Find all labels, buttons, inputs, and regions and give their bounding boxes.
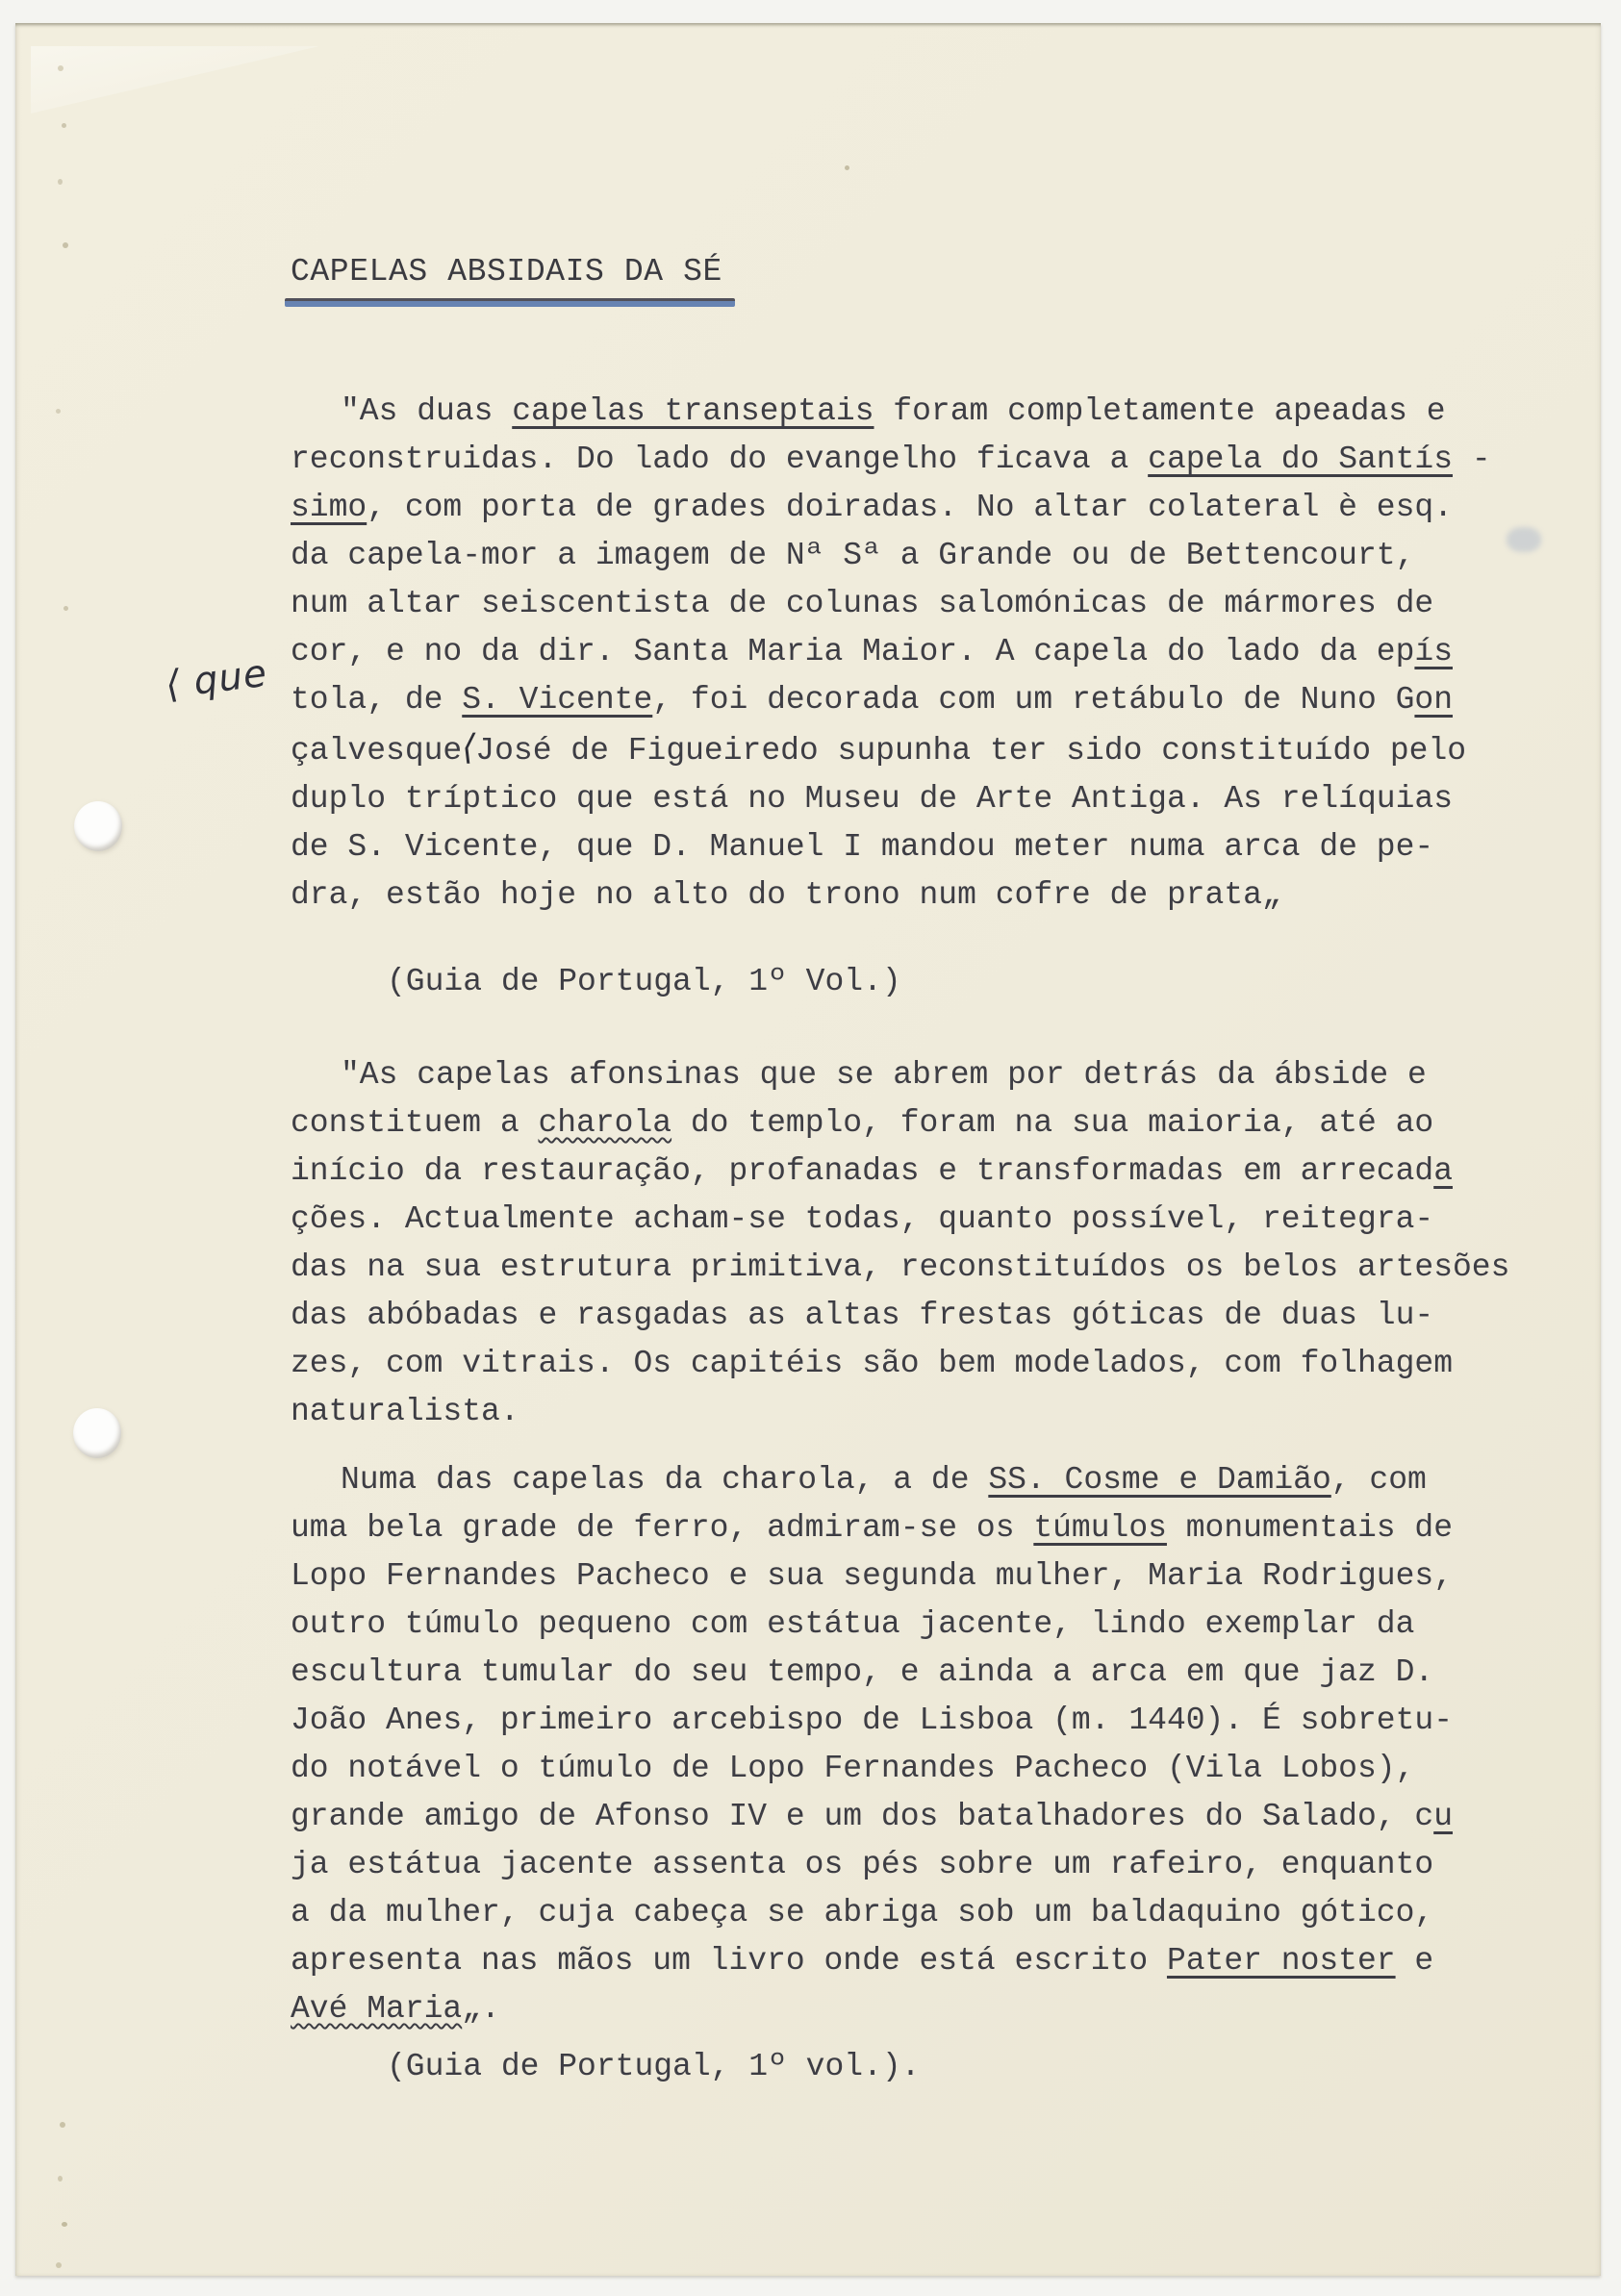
text-segment: a da mulher, cuja cabeça se abriga sob u… bbox=[291, 1895, 1433, 1930]
text-line: a da mulher, cuja cabeça se abriga sob u… bbox=[291, 1889, 1551, 1937]
text-line: zes, com vitrais. Os capitéis são bem mo… bbox=[291, 1340, 1551, 1388]
text-line: início da restauração, profanadas e tran… bbox=[291, 1148, 1551, 1196]
punch-hole-top bbox=[74, 801, 122, 851]
text-line: ja estátua jacente assenta os pés sobre … bbox=[291, 1841, 1551, 1889]
text-line: Lopo Fernandes Pacheco e sua segunda mul… bbox=[291, 1552, 1551, 1601]
text-line: escultura tumular do seu tempo, e ainda … bbox=[291, 1649, 1551, 1697]
text-segment: ções. Actualmente acham-se todas, quanto… bbox=[291, 1201, 1433, 1237]
paper-speck bbox=[63, 606, 68, 611]
text-segment: dra, estão hoje no alto do trono num cof… bbox=[291, 877, 1281, 913]
text-line: da capela-mor a imagem de Nª Sª a Grande… bbox=[291, 532, 1551, 580]
text-segment: ís bbox=[1414, 634, 1453, 669]
text-segment: do templo, foram na sua maioria, até ao bbox=[671, 1105, 1433, 1141]
text-segment: cor, e no da dir. Santa Maria Maior. A c… bbox=[291, 634, 1414, 669]
text-segment: a bbox=[1433, 1153, 1453, 1189]
paper-crease bbox=[31, 46, 319, 114]
text-line: grande amigo de Afonso IV e um dos batal… bbox=[291, 1793, 1551, 1841]
text-segment: S. Vicente bbox=[462, 682, 652, 718]
text-line: João Anes, primeiro arcebispo de Lisboa … bbox=[291, 1697, 1551, 1745]
text-segment: ″As duas bbox=[341, 393, 512, 429]
text-line: das abóbadas e rasgadas as altas frestas… bbox=[291, 1292, 1551, 1340]
text-segment: monumentais de bbox=[1167, 1510, 1453, 1546]
handwritten-insert: ⟨ bbox=[462, 728, 475, 768]
text-line: apresenta nas mãos um livro onde está es… bbox=[291, 1937, 1551, 1985]
text-segment: on bbox=[1414, 682, 1453, 718]
text-line: de S. Vicente, que D. Manuel I mandou me… bbox=[291, 823, 1551, 871]
text-segment: de S. Vicente, que D. Manuel I mandou me… bbox=[291, 829, 1433, 865]
text-line: naturalista. bbox=[291, 1388, 1551, 1436]
paper-speck bbox=[60, 2122, 65, 2128]
text-segment: capelas transeptais bbox=[512, 393, 874, 429]
text-line: dra, estão hoje no alto do trono num cof… bbox=[291, 871, 1551, 920]
text-segment: uma bela grade de ferro, admiram-se os bbox=[291, 1510, 1033, 1546]
text-segment: SS. Cosme e Damião bbox=[988, 1462, 1330, 1498]
text-segment: naturalista. bbox=[291, 1394, 519, 1429]
paper-speck bbox=[56, 2262, 62, 2268]
text-segment: reconstruidas. Do lado do evangelho fica… bbox=[291, 442, 1148, 477]
text-line: simo, com porta de grades doiradas. No a… bbox=[291, 484, 1551, 532]
text-segment: duplo tríptico que está no Museu de Arte… bbox=[291, 781, 1453, 817]
text-segment: outro túmulo pequeno com estátua jacente… bbox=[291, 1606, 1414, 1642]
text-segment: foram completamente apeadas e bbox=[874, 393, 1446, 429]
text-segment: Lopo Fernandes Pacheco e sua segunda mul… bbox=[291, 1558, 1453, 1594]
document-content: CAPELAS ABSIDAIS DA SÉ ″As duas capelas … bbox=[291, 248, 1551, 2136]
paper-speck bbox=[58, 179, 63, 185]
text-segment: Pater noster bbox=[1167, 1943, 1396, 1979]
paragraph: ″As duas capelas transeptais foram compl… bbox=[291, 388, 1551, 920]
text-line: outro túmulo pequeno com estátua jacente… bbox=[291, 1601, 1551, 1649]
text-segment: João Anes, primeiro arcebispo de Lisboa … bbox=[291, 1703, 1453, 1738]
text-line: Numa das capelas da charola, a de SS. Co… bbox=[291, 1456, 1551, 1504]
text-segment: capela do Santís bbox=[1148, 442, 1453, 477]
paragraph: Numa das capelas da charola, a de SS. Co… bbox=[291, 1456, 1551, 2033]
title-underline bbox=[285, 298, 735, 307]
text-segment: escultura tumular do seu tempo, e ainda … bbox=[291, 1654, 1433, 1690]
text-segment: constituem a bbox=[291, 1105, 538, 1141]
document-body: ″As duas capelas transeptais foram compl… bbox=[291, 388, 1551, 2091]
text-segment: ″As capelas afonsinas que se abrem por d… bbox=[341, 1057, 1427, 1093]
title-block: CAPELAS ABSIDAIS DA SÉ bbox=[291, 248, 1551, 307]
text-segment: e bbox=[1396, 1943, 1434, 1979]
text-line: Avé Maria„. bbox=[291, 1985, 1551, 2033]
text-segment: das abóbadas e rasgadas as altas frestas… bbox=[291, 1298, 1433, 1333]
text-line: ″As capelas afonsinas que se abrem por d… bbox=[291, 1051, 1551, 1099]
text-line: duplo tríptico que está no Museu de Arte… bbox=[291, 775, 1551, 823]
text-line: das na sua estrutura primitiva, reconsti… bbox=[291, 1244, 1551, 1292]
text-segment: zes, com vitrais. Os capitéis são bem mo… bbox=[291, 1346, 1453, 1381]
text-line: constituem a charola do templo, foram na… bbox=[291, 1099, 1551, 1148]
text-segment: charola bbox=[538, 1105, 671, 1141]
punch-hole-bottom bbox=[73, 1408, 121, 1458]
text-segment: Numa das capelas da charola, a de bbox=[341, 1462, 988, 1498]
text-segment: num altar seiscentista de colunas salomó… bbox=[291, 586, 1433, 621]
paper-speck bbox=[58, 65, 63, 71]
text-segment: das na sua estrutura primitiva, reconsti… bbox=[291, 1249, 1509, 1285]
text-line: çalvesque⟨José de Figueiredo supunha ter… bbox=[291, 724, 1551, 775]
text-line: tola, de S. Vicente, foi decorada com um… bbox=[291, 676, 1551, 724]
paragraph: ″As capelas afonsinas que se abrem por d… bbox=[291, 1051, 1551, 1436]
text-segment: apresenta nas mãos um livro onde está es… bbox=[291, 1943, 1167, 1979]
text-segment: Avé Maria bbox=[291, 1991, 462, 2027]
paper-speck bbox=[63, 242, 68, 248]
citation-line: (Guia de Portugal, 1º Vol.) bbox=[291, 958, 1551, 1006]
citation-line: (Guia de Portugal, 1º vol.). bbox=[291, 2043, 1551, 2091]
text-line: do notável o túmulo de Lopo Fernandes Pa… bbox=[291, 1745, 1551, 1793]
text-line: cor, e no da dir. Santa Maria Maior. A c… bbox=[291, 628, 1551, 676]
paper-speck bbox=[58, 2176, 63, 2182]
document-title: CAPELAS ABSIDAIS DA SÉ bbox=[291, 248, 722, 297]
paper-speck bbox=[56, 409, 61, 414]
text-segment: José de Figueiredo supunha ter sido cons… bbox=[475, 733, 1466, 769]
text-segment: túmulos bbox=[1033, 1510, 1167, 1546]
text-segment: do notável o túmulo de Lopo Fernandes Pa… bbox=[291, 1751, 1414, 1786]
text-segment: tola, de bbox=[291, 682, 462, 718]
text-segment: ja estátua jacente assenta os pés sobre … bbox=[291, 1847, 1433, 1882]
text-segment: simo bbox=[291, 490, 367, 525]
text-segment: grande amigo de Afonso IV e um dos batal… bbox=[291, 1799, 1433, 1834]
text-line: uma bela grade de ferro, admiram-se os t… bbox=[291, 1504, 1551, 1552]
text-segment: , foi decorada com um retábulo de Nuno G bbox=[652, 682, 1414, 718]
text-segment: , com bbox=[1331, 1462, 1427, 1498]
text-segment: çalvesque bbox=[291, 733, 462, 769]
paper-speck bbox=[62, 2222, 67, 2227]
text-line: reconstruidas. Do lado do evangelho fica… bbox=[291, 436, 1551, 484]
paper-speck bbox=[845, 165, 849, 170]
text-segment: u bbox=[1433, 1799, 1453, 1834]
text-segment: „. bbox=[462, 1991, 500, 2027]
text-segment: - bbox=[1453, 442, 1491, 477]
text-line: ções. Actualmente acham-se todas, quanto… bbox=[291, 1196, 1551, 1244]
text-line: ″As duas capelas transeptais foram compl… bbox=[291, 388, 1551, 436]
paper-speck bbox=[62, 123, 66, 128]
text-segment: início da restauração, profanadas e tran… bbox=[291, 1153, 1433, 1189]
text-segment: da capela-mor a imagem de Nª Sª a Grande… bbox=[291, 538, 1414, 573]
text-segment: , com porta de grades doiradas. No altar… bbox=[367, 490, 1453, 525]
text-line: num altar seiscentista de colunas salomó… bbox=[291, 580, 1551, 628]
